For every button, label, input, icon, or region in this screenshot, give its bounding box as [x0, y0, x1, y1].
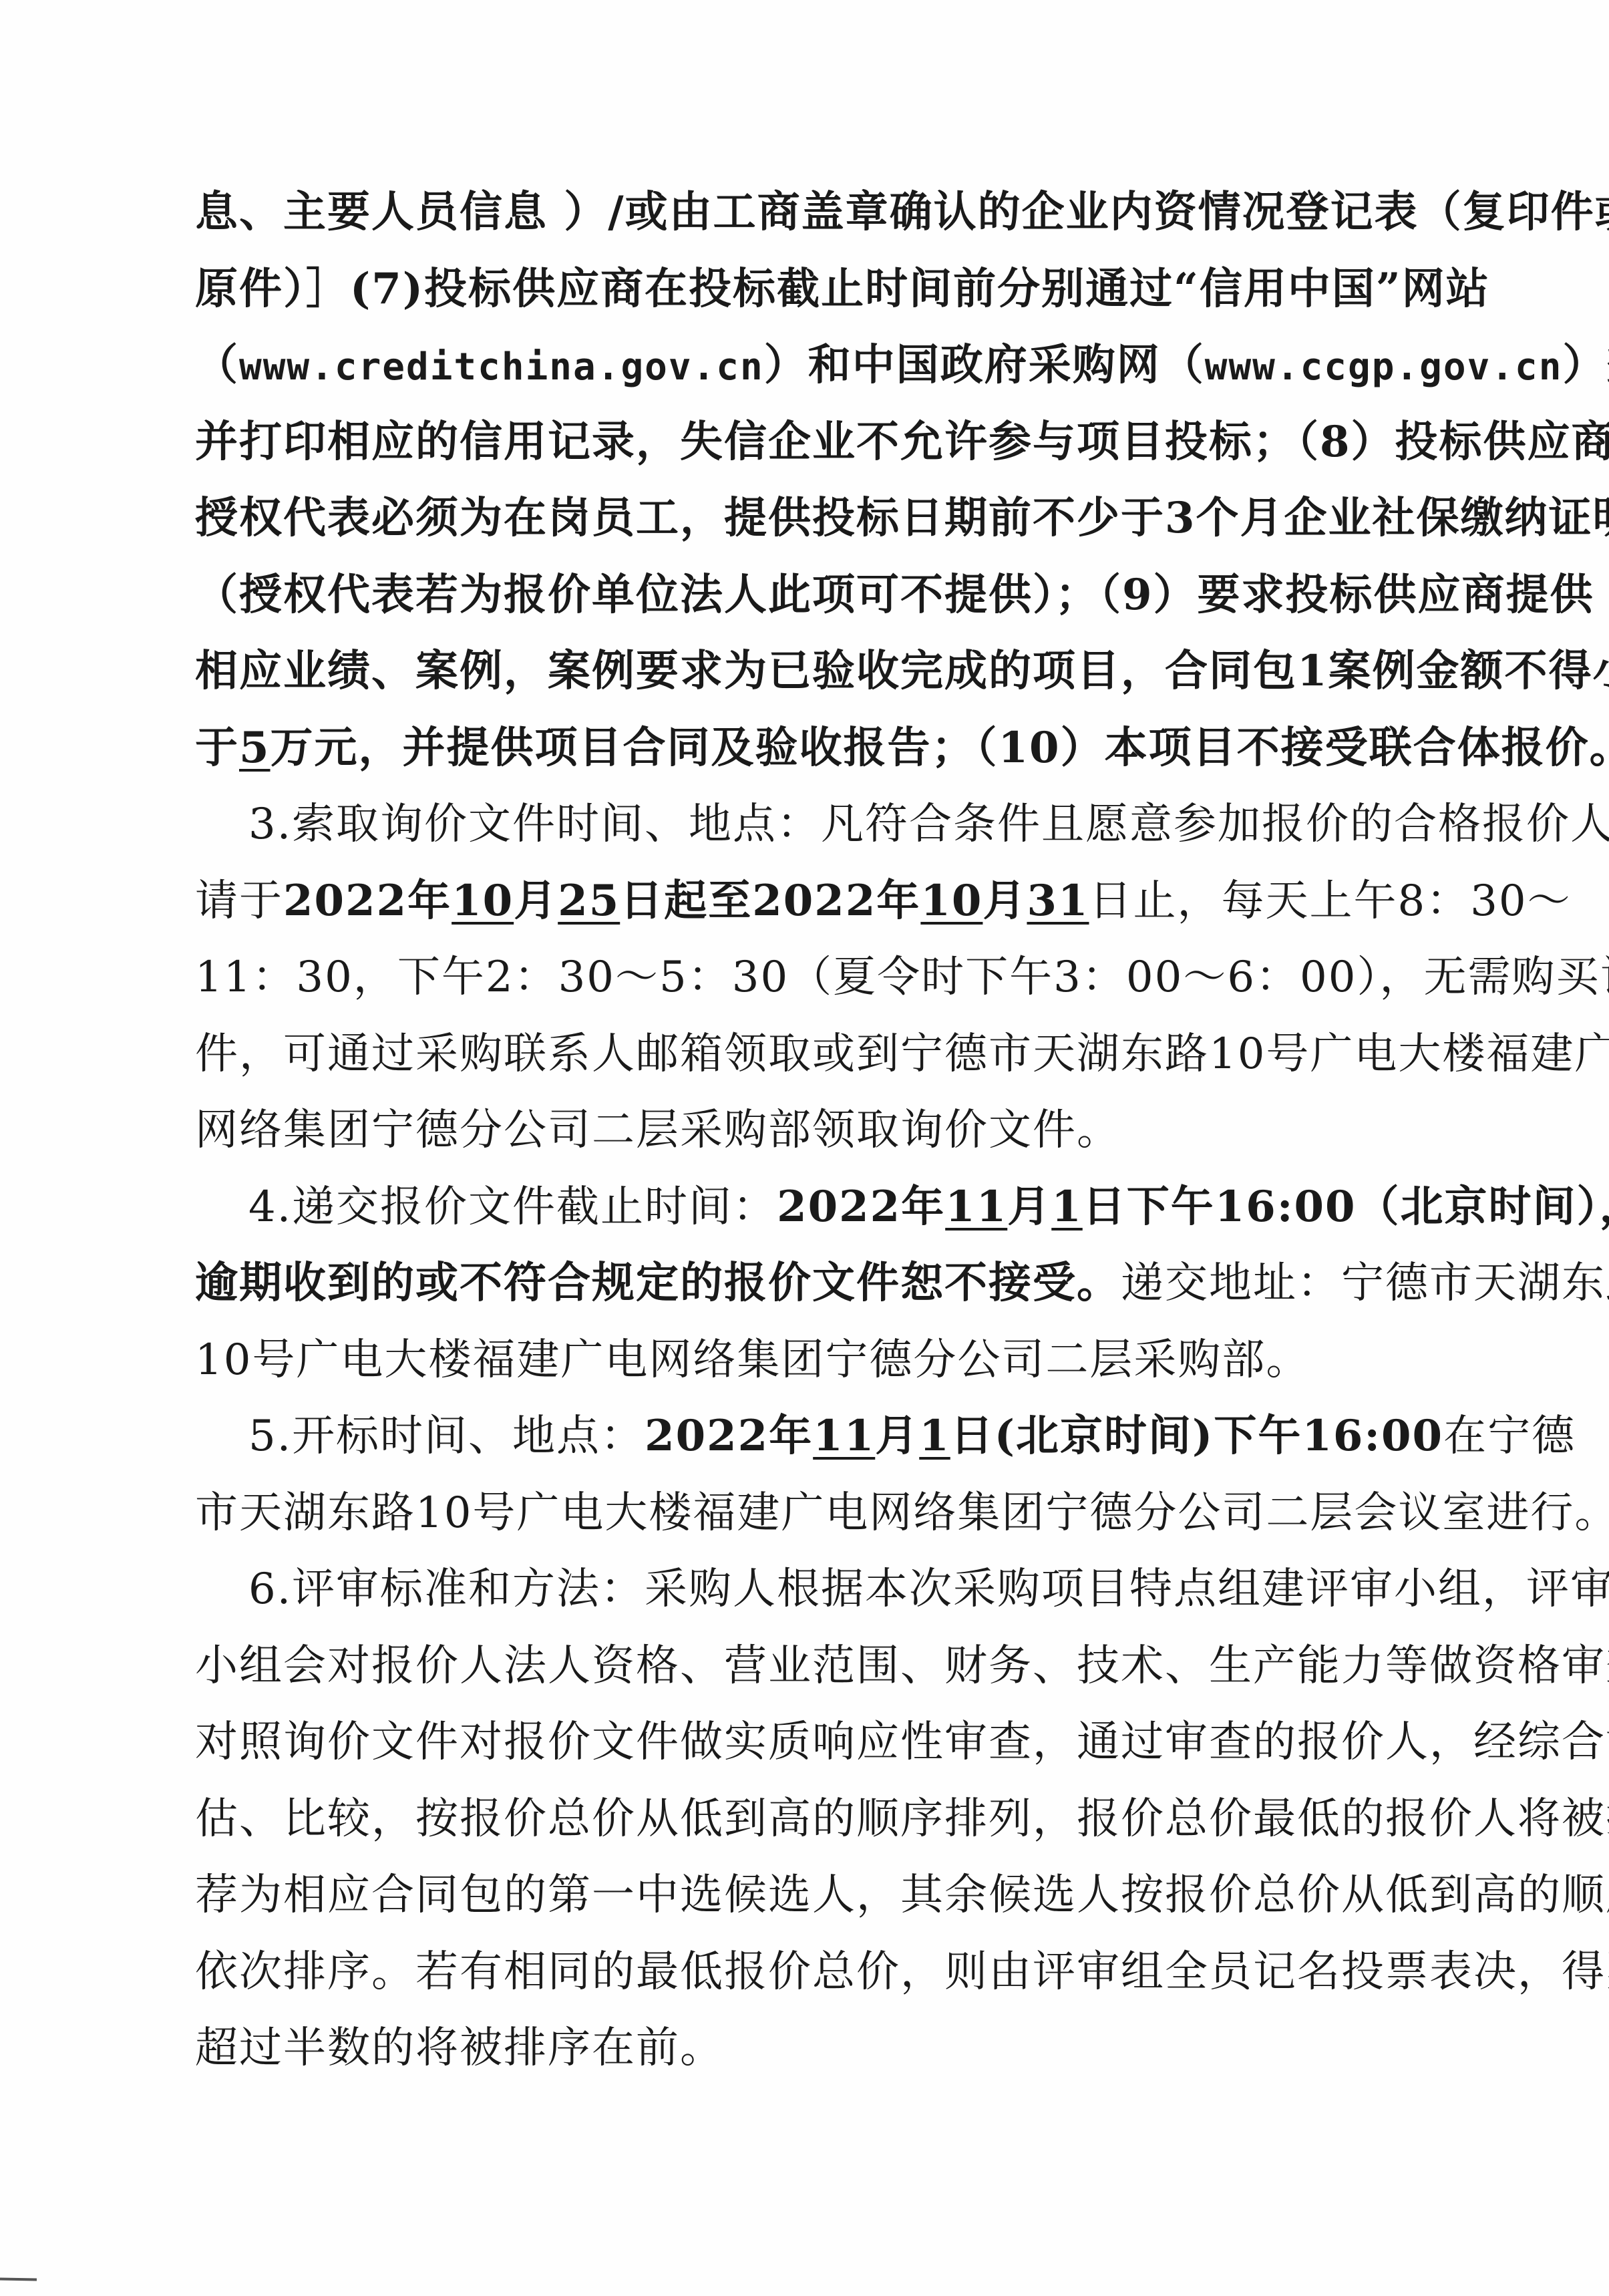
document-page: 息、主要人员信息 ）/或由工商盖章确认的企业内资情况登记表（复印件或 原件）］(…	[0, 0, 1609, 2296]
opening-year: 2022年	[645, 1411, 813, 1461]
section-4-submission-deadline: 4.递交报价文件截止时间：2022年11月1日下午16:00（北京时间）， 逾期…	[195, 1174, 1467, 1404]
section-heading-line: 4.递交报价文件截止时间：2022年11月1日下午16:00（北京时间），	[195, 1174, 1467, 1251]
text-line: 请于2022年10月25日起至2022年10月31日止，每天上午8：30～	[195, 868, 1467, 945]
text-line: 件，可通过采购联系人邮箱领取或到宁德市天湖东路10号广电大楼福建广电	[195, 1021, 1467, 1098]
document-body: 息、主要人员信息 ）/或由工商盖章确认的企业内资情况登记表（复印件或 原件）］(…	[195, 179, 1467, 2092]
end-year-text: 日起至2022年	[620, 876, 920, 926]
text-line: （授权代表若为报价单位法人此项可不提供）；（9）要求投标供应商提供	[195, 562, 1467, 639]
text-span: 于	[195, 723, 239, 773]
text-line: 超过半数的将被排序在前。	[195, 2015, 1467, 2092]
section-6-evaluation-criteria: 6.评审标准和方法：采购人根据本次采购项目特点组建评审小组，评审 小组会对报价人…	[195, 1556, 1467, 2092]
text-line: 网络集团宁德分公司二层采购部领取询价文件。	[195, 1097, 1467, 1174]
text-line: 原件）］(7)投标供应商在投标截止时间前分别通过“信用中国”网站	[195, 256, 1467, 333]
late-submission-notice: 逾期收到的或不符合规定的报价文件恕不接受。	[195, 1258, 1121, 1308]
text-line: 市天湖东路10号广电大楼福建广电网络集团宁德分公司二层会议室进行。	[195, 1480, 1467, 1556]
opening-month: 11	[813, 1411, 875, 1461]
text-line: 依次排序。若有相同的最低报价总价，则由评审组全员记名投票表决，得票	[195, 1939, 1467, 2015]
section-5-bid-opening: 5.开标时间、地点：2022年11月1日(北京时间)下午16:00在宁德 市天湖…	[195, 1403, 1467, 1556]
start-day: 25	[558, 876, 620, 926]
section-heading-line: 6.评审标准和方法：采购人根据本次采购项目特点组建评审小组，评审	[195, 1556, 1467, 1633]
text-span: 4.递交报价文件截止时间：	[248, 1182, 777, 1232]
text-span: 在宁德	[1443, 1412, 1576, 1461]
text-line: 逾期收到的或不符合规定的报价文件恕不接受。递交地址：宁德市天湖东路	[195, 1250, 1467, 1327]
end-month: 10	[920, 876, 982, 926]
text-line: 授权代表必须为在岗员工，提供投标日期前不少于3个月企业社保缴纳证明	[195, 485, 1467, 562]
opening-time: 日(北京时间)下午16:00	[950, 1411, 1443, 1461]
deadline-year: 2022年	[777, 1182, 945, 1232]
text-line: （www.creditchina.gov.cn）和中国政府采购网（www.ccg…	[195, 332, 1467, 409]
deadline-time: 日下午16:00（北京时间），	[1083, 1182, 1609, 1232]
start-month: 10	[452, 876, 514, 926]
text-line: 估、比较，按报价总价从低到高的顺序排列，报价总价最低的报价人将被推	[195, 1786, 1467, 1862]
url-creditchina: www.creditchina.gov.cn	[239, 345, 764, 389]
scan-edge-mark	[0, 2278, 37, 2281]
text-line: 相应业绩、案例，案例要求为已验收完成的项目，合同包1案例金额不得小	[195, 638, 1467, 715]
text-span: 万元，并提供项目合同及验收报告；（10）本项目不接受联合体报价。	[271, 723, 1609, 773]
section-3-obtain-documents: 3.索取询价文件时间、地点：凡符合条件且愿意参加报价的合格报价人 请于2022年…	[195, 791, 1467, 1174]
text-span: 月	[982, 876, 1027, 926]
text-span: （	[195, 340, 239, 390]
text-line: 息、主要人员信息 ）/或由工商盖章确认的企业内资情况登记表（复印件或	[195, 179, 1467, 256]
text-span: ）和中国政府采购网（	[764, 340, 1205, 390]
text-line: 对照询价文件对报价文件做实质响应性审查，通过审查的报价人，经综合评	[195, 1709, 1467, 1786]
deadline-day: 1	[1051, 1182, 1083, 1232]
text-span: 月	[1007, 1182, 1051, 1232]
opening-day: 1	[919, 1411, 950, 1461]
text-line: 荐为相应合同包的第一中选候选人，其余候选人按报价总价从低到高的顺序	[195, 1862, 1467, 1939]
text-span: ）查询	[1562, 340, 1609, 390]
text-line: 并打印相应的信用记录，失信企业不允许参与项目投标；（8）投标供应商	[195, 409, 1467, 486]
deadline-month: 11	[945, 1182, 1007, 1232]
qualification-requirements-paragraph: 息、主要人员信息 ）/或由工商盖章确认的企业内资情况登记表（复印件或 原件）］(…	[195, 179, 1467, 791]
text-span: 递交地址：宁德市天湖东路	[1121, 1259, 1609, 1308]
start-year: 2022年	[283, 876, 452, 926]
text-span: 5.开标时间、地点：	[248, 1412, 645, 1461]
url-ccgp: www.ccgp.gov.cn	[1205, 345, 1563, 389]
text-span: 月	[875, 1411, 919, 1461]
text-line: 小组会对报价人法人资格、营业范围、财务、技术、生产能力等做资格审查，	[195, 1633, 1467, 1709]
text-span: 请于	[195, 876, 283, 926]
text-span: 月	[514, 876, 558, 926]
text-line: 于5万元，并提供项目合同及验收报告；（10）本项目不接受联合体报价。	[195, 715, 1467, 792]
end-day: 31	[1027, 876, 1089, 926]
section-heading-line: 3.索取询价文件时间、地点：凡符合条件且愿意参加报价的合格报价人	[195, 791, 1467, 868]
section-heading-line: 5.开标时间、地点：2022年11月1日(北京时间)下午16:00在宁德	[195, 1403, 1467, 1480]
case-amount-value: 5	[239, 723, 271, 773]
text-span: 日止，每天上午8：30～	[1089, 876, 1572, 926]
text-line: 10号广电大楼福建广电网络集团宁德分公司二层采购部。	[195, 1327, 1467, 1404]
text-line: 11：30，下午2：30～5：30（夏令时下午3：00～6：00），无需购买询价…	[195, 944, 1467, 1021]
